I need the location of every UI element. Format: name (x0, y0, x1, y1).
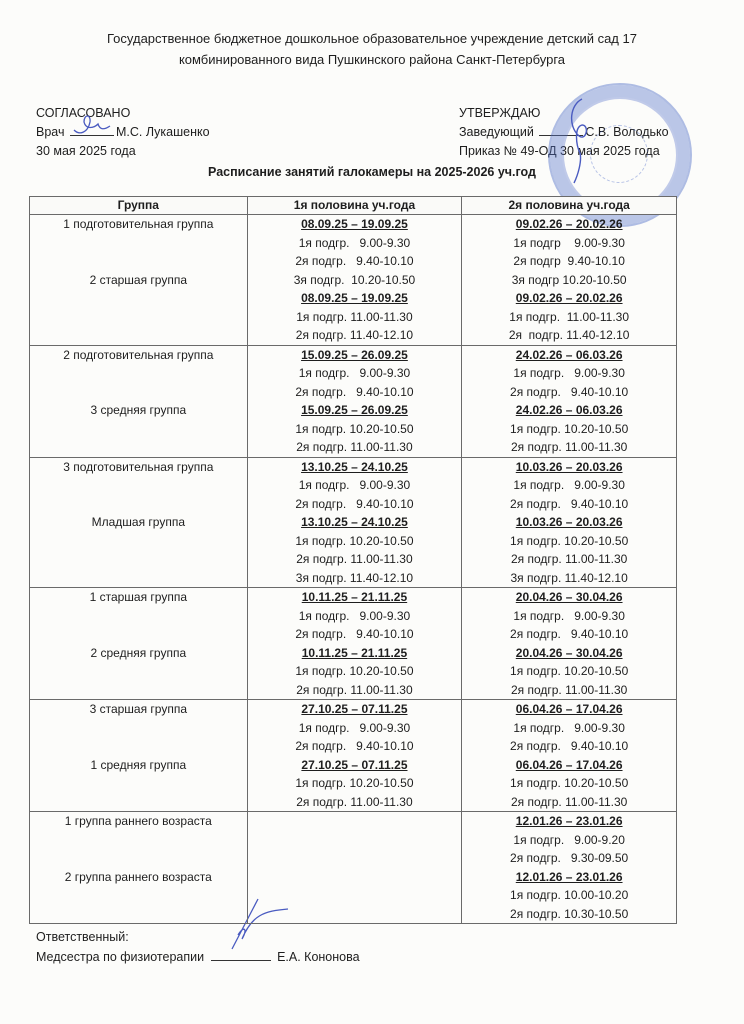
date-range: 15.09.25 – 26.09.25 (248, 401, 462, 420)
time-slot: 2я подгр. 9.40-10.10 (248, 383, 462, 402)
time-slot: 2я подгр. 11.00-11.30 (248, 438, 462, 457)
cell-second: 24.02.26 – 06.03.261я подгр. 9.00-9.302я… (462, 345, 677, 457)
cell-groups: 3 старшая группа 1 средняя группа (30, 700, 248, 812)
head-name: С.В. Володько (585, 125, 668, 139)
time-slot: 1я подгр. 9.00-9.30 (462, 719, 676, 738)
time-slot: 1я подгр. 9.00-9.30 (248, 607, 462, 626)
group-name: 1 старшая группа (30, 588, 247, 607)
approved-label: УТВЕРЖДАЮ (459, 104, 669, 123)
signature-blank (70, 124, 114, 136)
date-range: 13.10.25 – 24.10.25 (248, 513, 462, 532)
date-range: 12.01.26 – 23.01.26 (462, 812, 676, 831)
table-header-row: Группа 1я половина уч.года 2я половина у… (30, 197, 677, 215)
time-slot: 2я подгр. 9.30-09.50 (462, 849, 676, 868)
nurse-role: Медсестра по физиотерапии (36, 950, 204, 964)
org-line-2: комбинированного вида Пушкинского района… (0, 49, 744, 70)
time-slot: 1я подгр. 9.00-9.30 (248, 476, 462, 495)
date-range: 27.10.25 – 07.11.25 (248, 700, 462, 719)
cell-groups: 3 подготовительная группа Младшая группа (30, 457, 248, 588)
time-slot: 2я подгр. 11.40-12.10 (462, 326, 676, 345)
head-role: Заведующий (459, 125, 534, 139)
time-slot: 1я подгр. 10.20-10.50 (248, 420, 462, 439)
time-slot: 1я подгр. 9.00-9.30 (462, 607, 676, 626)
cell-second: 20.04.26 – 30.04.261я подгр. 9.00-9.302я… (462, 588, 677, 700)
date-range: 27.10.25 – 07.11.25 (248, 756, 462, 775)
group-name: 1 подготовительная группа (30, 215, 247, 234)
time-slot: 3я подгр. 11.40-12.10 (248, 569, 462, 588)
time-slot: 2я подгр. 11.00-11.30 (462, 550, 676, 569)
time-slot: 2я подгр. 9.40-10.10 (462, 625, 676, 644)
time-slot: 2я подгр. 9.40-10.10 (248, 495, 462, 514)
time-slot: 1я подгр. 10.20-10.50 (462, 420, 676, 439)
group-name: 2 подготовительная группа (30, 346, 247, 365)
date-range: 24.02.26 – 06.03.26 (462, 346, 676, 365)
time-slot: 1я подгр. 10.00-10.20 (462, 886, 676, 905)
approval-approved-block: УТВЕРЖДАЮ Заведующий С.В. Володько Прика… (459, 104, 669, 161)
time-slot: 2я подгр. 9.40-10.10 (462, 383, 676, 402)
agreed-label: СОГЛАСОВАНО (36, 104, 210, 123)
date-range: 08.09.25 – 19.09.25 (248, 215, 462, 234)
cell-first (247, 812, 462, 924)
time-slot: 1я подгр 9.00-9.30 (462, 234, 676, 253)
time-slot: 3я подгр. 10.20-10.50 (248, 271, 462, 290)
time-slot: 3я подгр 10.20-10.50 (462, 271, 676, 290)
table-row: 1 старшая группа 2 средняя группа 10.11.… (30, 588, 677, 700)
date-range: 09.02.26 – 20.02.26 (462, 215, 676, 234)
group-name: Младшая группа (30, 513, 247, 532)
table-row: 1 подготовительная группа 2 старшая груп… (30, 215, 677, 346)
date-range: 10.11.25 – 21.11.25 (248, 588, 462, 607)
head-line: Заведующий С.В. Володько (459, 123, 669, 142)
time-slot: 2я подгр. 11.00-11.30 (248, 793, 462, 812)
cell-first: 27.10.25 – 07.11.251я подгр. 9.00-9.302я… (247, 700, 462, 812)
time-slot: 1я подгр. 10.20-10.50 (462, 774, 676, 793)
time-slot: 2я подгр. 11.00-11.30 (462, 438, 676, 457)
table-row: 3 подготовительная группа Младшая группа… (30, 457, 677, 588)
time-slot: 1я подгр. 11.00-11.30 (462, 308, 676, 327)
table-row: 2 подготовительная группа 3 средняя груп… (30, 345, 677, 457)
time-slot: 3я подгр. 11.40-12.10 (462, 569, 676, 588)
cell-first: 08.09.25 – 19.09.251я подгр. 9.00-9.302я… (247, 215, 462, 346)
cell-groups: 1 группа раннего возраста 2 группа ранне… (30, 812, 248, 924)
doctor-line: Врач М.С. Лукашенко (36, 123, 210, 142)
time-slot: 1я подгр. 10.20-10.50 (248, 774, 462, 793)
time-slot: 1я подгр. 9.00-9.30 (248, 719, 462, 738)
time-slot: 1я подгр. 10.20-10.50 (248, 532, 462, 551)
time-slot: 2я подгр. 10.30-10.50 (462, 905, 676, 924)
time-slot: 2я подгр. 11.00-11.30 (462, 681, 676, 700)
header-group: Группа (30, 197, 248, 215)
time-slot: 1я подгр. 9.00-9.30 (248, 234, 462, 253)
cell-second: 06.04.26 – 17.04.261я подгр. 9.00-9.302я… (462, 700, 677, 812)
agreed-date: 30 мая 2025 года (36, 142, 210, 161)
date-range: 06.04.26 – 17.04.26 (462, 700, 676, 719)
responsible-label: Ответственный: (36, 927, 360, 947)
group-name: 3 старшая группа (30, 700, 247, 719)
header-second-half: 2я половина уч.года (462, 197, 677, 215)
date-range: 10.11.25 – 21.11.25 (248, 644, 462, 663)
doctor-name: М.С. Лукашенко (116, 125, 210, 139)
date-range: 10.03.26 – 20.03.26 (462, 458, 676, 477)
cell-groups: 1 подготовительная группа 2 старшая груп… (30, 215, 248, 346)
time-slot: 1я подгр. 10.20-10.50 (462, 532, 676, 551)
date-range: 20.04.26 – 30.04.26 (462, 644, 676, 663)
time-slot: 2я подгр. 9.40-10.10 (248, 737, 462, 756)
date-range: 08.09.25 – 19.09.25 (248, 289, 462, 308)
doctor-role: Врач (36, 125, 64, 139)
cell-groups: 1 старшая группа 2 средняя группа (30, 588, 248, 700)
time-slot: 1я подгр. 10.20-10.50 (248, 662, 462, 681)
time-slot: 1я подгр. 10.20-10.50 (462, 662, 676, 681)
date-range: 20.04.26 – 30.04.26 (462, 588, 676, 607)
schedule-table: Группа 1я половина уч.года 2я половина у… (29, 196, 677, 924)
time-slot: 2я подгр. 9.40-10.10 (462, 737, 676, 756)
time-slot: 2я подгр. 11.00-11.30 (248, 550, 462, 569)
group-name: 2 группа раннего возраста (30, 868, 247, 887)
nurse-line: Медсестра по физиотерапии Е.А. Кононова (36, 947, 360, 967)
date-range: 15.09.25 – 26.09.25 (248, 346, 462, 365)
table-row: 3 старшая группа 1 средняя группа 27.10.… (30, 700, 677, 812)
time-slot: 1я подгр. 9.00-9.20 (462, 831, 676, 850)
date-range: 10.03.26 – 20.03.26 (462, 513, 676, 532)
date-range: 09.02.26 – 20.02.26 (462, 289, 676, 308)
table-row: 1 группа раннего возраста 2 группа ранне… (30, 812, 677, 924)
signature-blank (539, 124, 583, 136)
organization-header: Государственное бюджетное дошкольное обр… (0, 28, 744, 70)
group-name: 1 средняя группа (30, 756, 247, 775)
cell-first: 13.10.25 – 24.10.251я подгр. 9.00-9.302я… (247, 457, 462, 588)
date-range: 12.01.26 – 23.01.26 (462, 868, 676, 887)
cell-second: 12.01.26 – 23.01.261я подгр. 9.00-9.202я… (462, 812, 677, 924)
time-slot: 2я подгр. 9.40-10.10 (248, 625, 462, 644)
group-name: 1 группа раннего возраста (30, 812, 247, 831)
signature-blank (211, 949, 271, 961)
group-name: 2 старшая группа (30, 271, 247, 290)
time-slot: 1я подгр. 9.00-9.30 (248, 364, 462, 383)
time-slot: 2я подгр 9.40-10.10 (462, 252, 676, 271)
time-slot: 1я подгр. 9.00-9.30 (462, 364, 676, 383)
date-range: 06.04.26 – 17.04.26 (462, 756, 676, 775)
cell-second: 09.02.26 – 20.02.261я подгр 9.00-9.302я … (462, 215, 677, 346)
group-name: 3 средняя группа (30, 401, 247, 420)
cell-groups: 2 подготовительная группа 3 средняя груп… (30, 345, 248, 457)
cell-first: 10.11.25 – 21.11.251я подгр. 9.00-9.302я… (247, 588, 462, 700)
header-first-half: 1я половина уч.года (247, 197, 462, 215)
time-slot: 2я подгр. 11.00-11.30 (462, 793, 676, 812)
cell-first: 15.09.25 – 26.09.251я подгр. 9.00-9.302я… (247, 345, 462, 457)
org-line-1: Государственное бюджетное дошкольное обр… (0, 28, 744, 49)
time-slot: 2я подгр. 9.40-10.10 (248, 252, 462, 271)
date-range: 13.10.25 – 24.10.25 (248, 458, 462, 477)
date-range: 24.02.26 – 06.03.26 (462, 401, 676, 420)
order-line: Приказ № 49-ОД 30 мая 2025 года (459, 142, 669, 161)
time-slot: 2я подгр. 11.00-11.30 (248, 681, 462, 700)
cell-second: 10.03.26 – 20.03.261я подгр. 9.00-9.302я… (462, 457, 677, 588)
document-title: Расписание занятий галокамеры на 2025-20… (0, 165, 744, 179)
time-slot: 1я подгр. 9.00-9.30 (462, 476, 676, 495)
approval-agreed-block: СОГЛАСОВАНО Врач М.С. Лукашенко 30 мая 2… (36, 104, 210, 161)
group-name: 3 подготовительная группа (30, 458, 247, 477)
nurse-name: Е.А. Кононова (277, 950, 360, 964)
time-slot: 1я подгр. 11.00-11.30 (248, 308, 462, 327)
time-slot: 2я подгр. 11.40-12.10 (248, 326, 462, 345)
responsible-block: Ответственный: Медсестра по физиотерапии… (36, 927, 360, 967)
time-slot: 2я подгр. 9.40-10.10 (462, 495, 676, 514)
group-name: 2 средняя группа (30, 644, 247, 663)
